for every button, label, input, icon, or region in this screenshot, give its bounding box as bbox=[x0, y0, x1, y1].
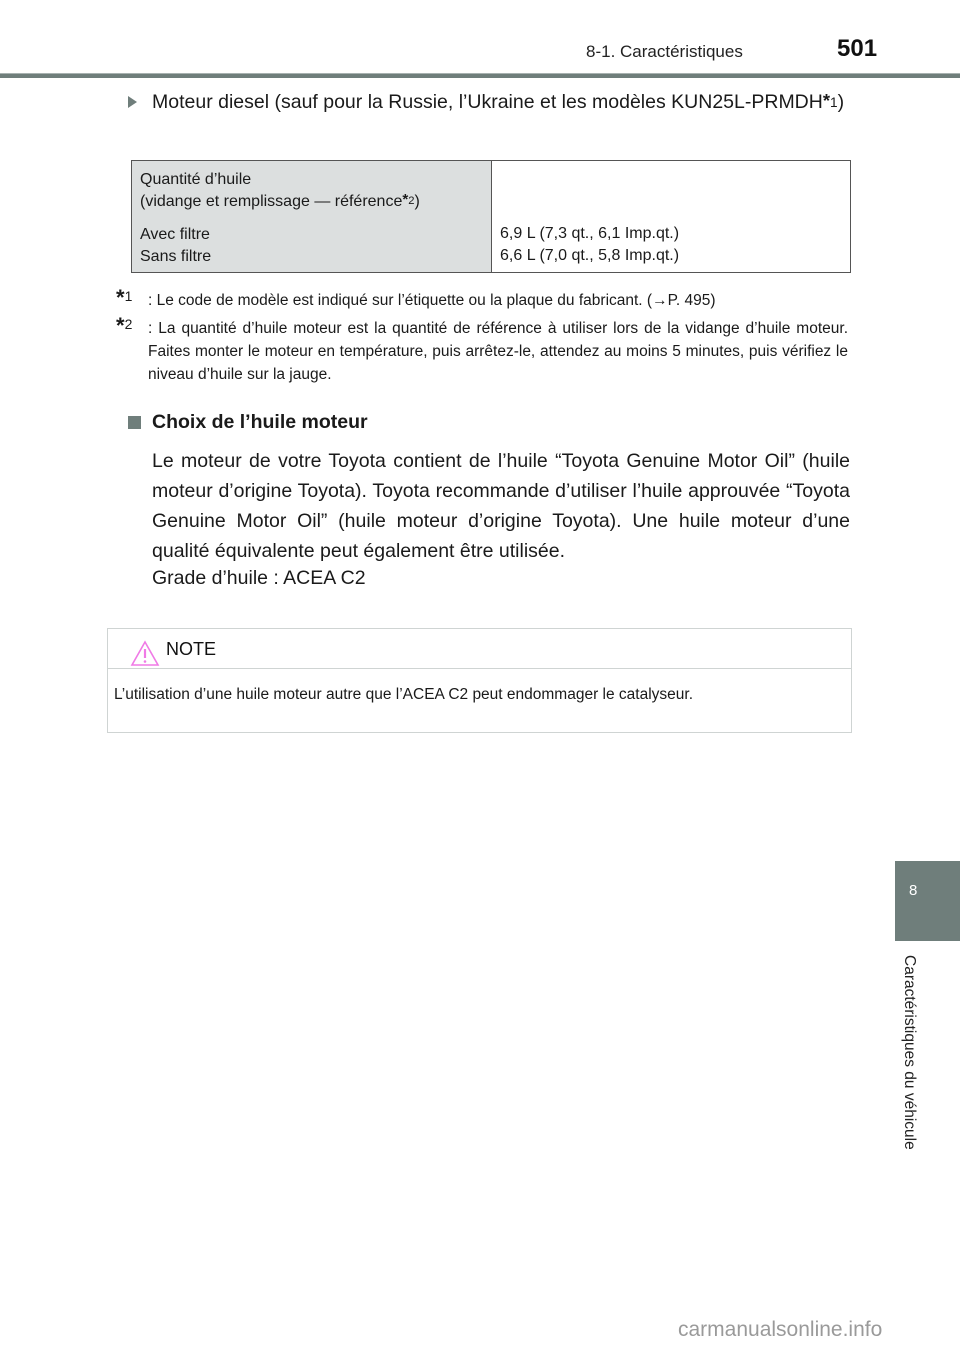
chapter-label: Caractéristiques du véhicule bbox=[900, 955, 930, 1185]
section-heading: Choix de l’huile moteur bbox=[128, 411, 368, 434]
warning-triangle-icon bbox=[130, 640, 160, 667]
row-label: Sans filtre bbox=[140, 246, 485, 268]
section-body: Le moteur de votre Toyota contient de l’… bbox=[152, 446, 850, 566]
note-text: L’utilisation d’une huile moteur autre q… bbox=[108, 669, 851, 704]
note-box: NOTE L’utilisation d’une huile moteur au… bbox=[107, 628, 852, 733]
oil-grade: Grade d’huile : ACEA C2 bbox=[152, 567, 366, 590]
note-header: NOTE bbox=[108, 629, 851, 669]
table-values: 6,9 L (7,3 qt., 6,1 Imp.qt.) 6,6 L (7,0 … bbox=[492, 161, 851, 273]
watermark: carmanualsonline.info bbox=[678, 1318, 882, 1342]
engine-bullet: Moteur diesel (sauf pour la Russie, l’Uk… bbox=[128, 88, 850, 119]
chapter-tab[interactable] bbox=[895, 861, 960, 941]
page-number: 501 bbox=[837, 35, 877, 63]
note-title: NOTE bbox=[166, 639, 216, 660]
row-value: 6,9 L (7,3 qt., 6,1 Imp.qt.) bbox=[500, 223, 844, 245]
header-divider bbox=[0, 73, 960, 78]
footnote-2: *2 : La quantité d’huile moteur est la q… bbox=[108, 317, 848, 386]
footnote-ref-2: *2 bbox=[402, 195, 414, 207]
section-title: 8-1. Caractéristiques bbox=[586, 42, 743, 62]
oil-capacity-table: Quantité d’huile (vidange et remplissage… bbox=[131, 160, 851, 273]
bullet-text: Moteur diesel (sauf pour la Russie, l’Uk… bbox=[152, 91, 823, 113]
chapter-number: 8 bbox=[909, 882, 917, 899]
triangle-bullet-icon bbox=[128, 96, 137, 108]
row-label: Avec filtre bbox=[140, 224, 485, 246]
footnote-ref-1: *1 bbox=[823, 95, 838, 110]
footnotes: *1 : Le code de modèle est indiqué sur l… bbox=[108, 289, 848, 391]
table-header-label: Quantité d’huile (vidange et remplissage… bbox=[132, 161, 492, 273]
footnote-1: *1 : Le code de modèle est indiqué sur l… bbox=[108, 289, 848, 312]
table-header-row: Quantité d’huile (vidange et remplissage… bbox=[132, 161, 851, 273]
row-value: 6,6 L (7,0 qt., 5,8 Imp.qt.) bbox=[500, 245, 844, 267]
